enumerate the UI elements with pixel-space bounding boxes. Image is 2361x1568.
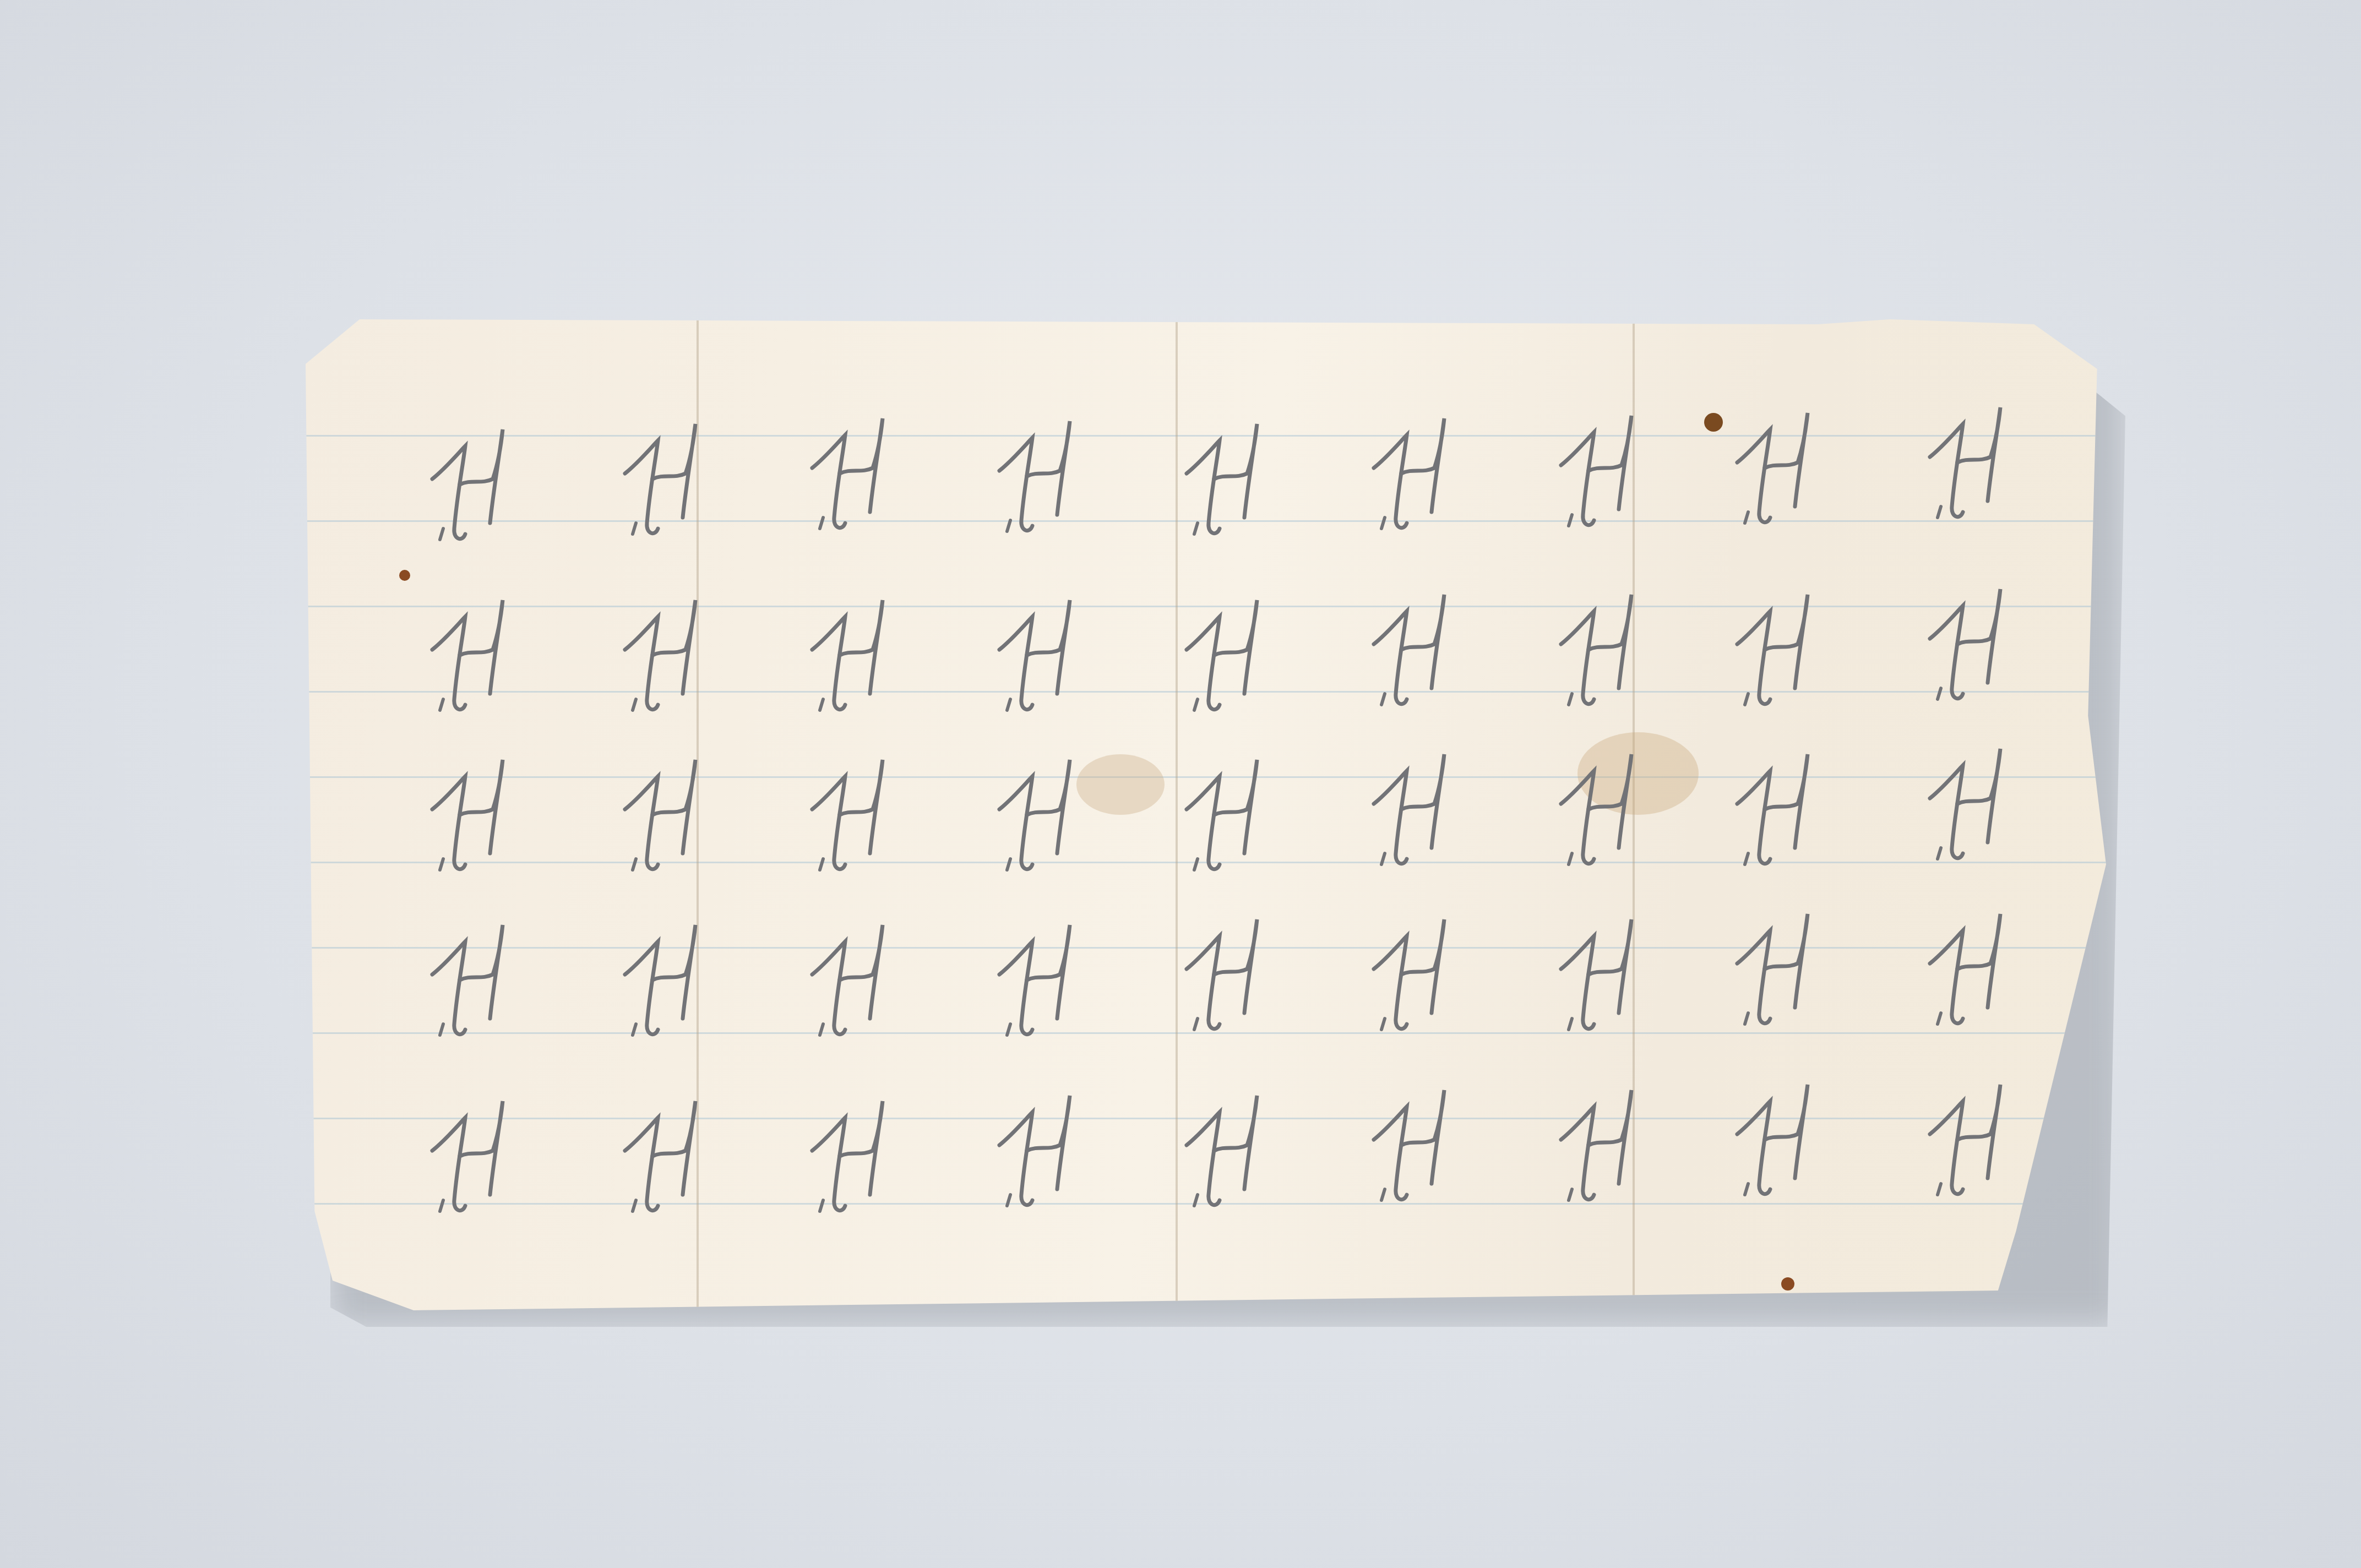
row-2 [432, 589, 2000, 710]
row-5 [432, 1085, 2000, 1211]
pencil-handwriting [306, 319, 2106, 1310]
row-4 [432, 914, 2000, 1035]
row-3 [432, 749, 2000, 870]
paper-scrap [306, 319, 2106, 1310]
row-1 [432, 407, 2000, 540]
